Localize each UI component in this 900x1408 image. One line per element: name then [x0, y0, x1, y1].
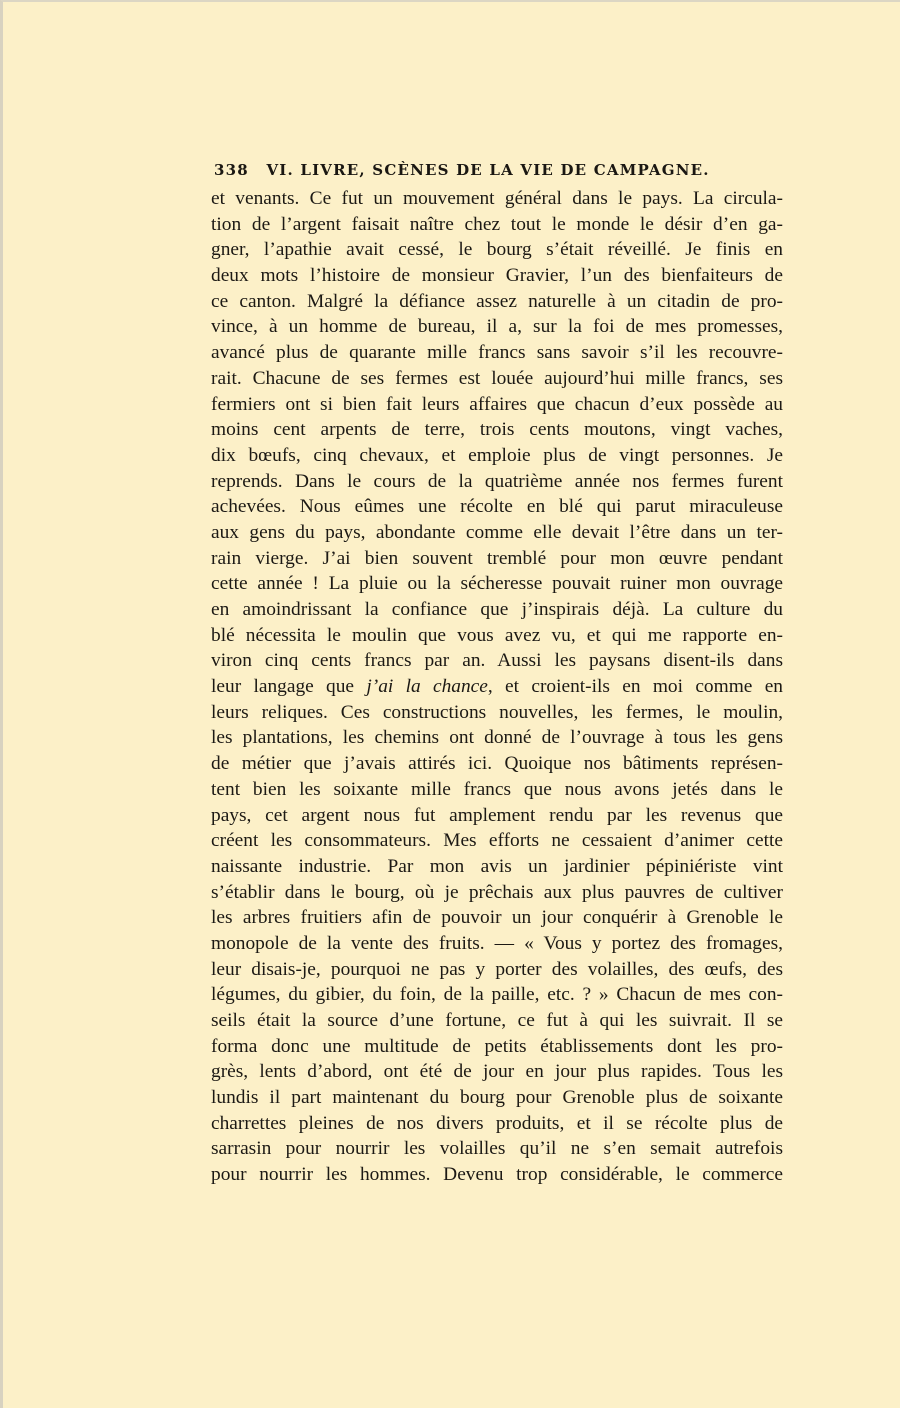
- text-line: légumes, du gibier, du foin, de la paill…: [211, 982, 783, 1008]
- text-line: de métier que j’avais attirés ici. Quoiq…: [211, 751, 783, 777]
- text-line: les arbres fruitiers afin de pouvoir un …: [211, 905, 783, 931]
- text-fragment: leur langage que: [211, 676, 354, 697]
- text-line: pays, cet argent nous fut amplement rend…: [211, 803, 783, 829]
- text-line: vince, à un homme de bureau, il a, sur l…: [211, 314, 783, 340]
- text-line: gner, l’apathie avait cessé, le bourg s’…: [211, 237, 783, 263]
- text-line: rait. Chacune de ses fermes est louée au…: [211, 366, 783, 392]
- text-line: les plantations, les chemins ont donné d…: [211, 725, 783, 751]
- text-line: avancé plus de quarante mille francs san…: [211, 340, 783, 366]
- text-line: grès, lents d’abord, ont été de jour en …: [211, 1059, 783, 1085]
- text-line: pour nourrir les hommes. Devenu trop con…: [211, 1162, 783, 1188]
- text-line: reprends. Dans le cours de la quatrième …: [211, 469, 783, 495]
- body-text: et venants. Ce fut un mouvement général …: [211, 186, 783, 1188]
- text-line: tion de l’argent faisait naître chez tou…: [211, 212, 783, 238]
- italic-phrase: j’ai la chance: [366, 676, 488, 697]
- text-line: fermiers ont si bien fait leurs affaires…: [211, 392, 783, 418]
- text-line: s’établir dans le bourg, où je prêchais …: [211, 880, 783, 906]
- text-line: lundis il part maintenant du bourg pour …: [211, 1085, 783, 1111]
- text-line: seils était la source d’une fortune, ce …: [211, 1008, 783, 1034]
- text-fragment: , et croient-ils en moi comme en: [488, 676, 783, 697]
- text-line: deux mots l’histoire de monsieur Gravier…: [211, 263, 783, 289]
- text-line: forma donc une multitude de petits établ…: [211, 1034, 783, 1060]
- text-line: monopole de la vente des fruits. — « Vou…: [211, 931, 783, 957]
- running-header: 338 VI. LIVRE, SCÈNES DE LA VIE DE CAMPA…: [214, 161, 774, 179]
- book-page: 338 VI. LIVRE, SCÈNES DE LA VIE DE CAMPA…: [0, 0, 900, 1408]
- text-line: ce canton. Malgré la défiance assez natu…: [211, 289, 783, 315]
- text-line: et venants. Ce fut un mouvement général …: [211, 186, 783, 212]
- text-line: dix bœufs, cinq chevaux, et emploie plus…: [211, 443, 783, 469]
- text-line: charrettes pleines de nos divers produit…: [211, 1111, 783, 1137]
- text-line: créent les consommateurs. Mes efforts ne…: [211, 828, 783, 854]
- text-line: achevées. Nous eûmes une récolte en blé …: [211, 494, 783, 520]
- text-line: moins cent arpents de terre, trois cents…: [211, 417, 783, 443]
- running-title: VI. LIVRE, SCÈNES DE LA VIE DE CAMPAGNE.: [266, 161, 709, 179]
- text-line: leur disais-je, pourquoi ne pas y porter…: [211, 957, 783, 983]
- text-line: rain vierge. J’ai bien souvent tremblé p…: [211, 546, 783, 572]
- text-line: naissante industrie. Par mon avis un jar…: [211, 854, 783, 880]
- text-line: leurs reliques. Ces constructions nouvel…: [211, 700, 783, 726]
- text-line: cette année ! La pluie ou la sécheresse …: [211, 571, 783, 597]
- text-line: blé nécessita le moulin que vous avez vu…: [211, 623, 783, 649]
- text-line: aux gens du pays, abondante comme elle d…: [211, 520, 783, 546]
- page-number: 338: [214, 161, 260, 179]
- text-line: en amoindrissant la confiance que j’insp…: [211, 597, 783, 623]
- text-line: viron cinq cents francs par an. Aussi le…: [211, 648, 783, 674]
- text-line-with-italic: leur langage que j’ai la chance, et croi…: [211, 674, 783, 700]
- text-line: tent bien les soixante mille francs que …: [211, 777, 783, 803]
- text-line: sarrasin pour nourrir les volailles qu’i…: [211, 1136, 783, 1162]
